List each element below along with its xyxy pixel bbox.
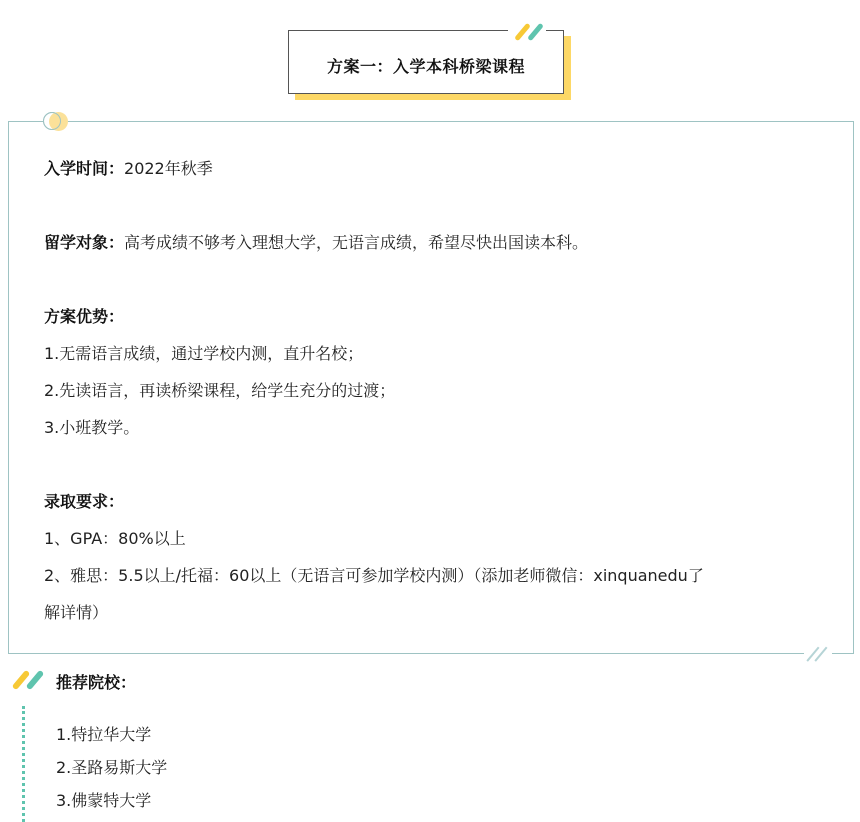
target-students-row: 留学对象：高考成绩不够考入理想大学，无语言成绩，希望尽快出国读本科。 xyxy=(44,224,834,261)
section-slash-decoration xyxy=(12,668,46,692)
enrollment-time-value: 2022年秋季 xyxy=(124,159,213,178)
enrollment-time-row: 入学时间：2022年秋季 xyxy=(44,150,834,187)
page-title: 方案一：入学本科桥梁课程 xyxy=(327,54,525,77)
requirement-item-continued: 解详情） xyxy=(44,594,834,631)
requirement-item: 2、雅思：5.5以上/托福：60以上（无语言可参加学校内测）（添加老师微信：xi… xyxy=(44,557,834,594)
school-list: 1.特拉华大学 2.圣路易斯大学 3.佛蒙特大学 xyxy=(56,718,167,817)
title-card: 方案一：入学本科桥梁课程 xyxy=(288,30,564,94)
advantages-heading: 方案优势： xyxy=(44,298,834,335)
plan-content: 入学时间：2022年秋季 留学对象：高考成绩不够考入理想大学，无语言成绩，希望尽… xyxy=(44,150,834,631)
requirement-item: 1、GPA：80%以上 xyxy=(44,520,834,557)
school-item: 1.特拉华大学 xyxy=(56,718,167,751)
advantage-item: 2.先读语言，再读桥梁课程，给学生充分的过渡； xyxy=(44,372,834,409)
target-students-label: 留学对象： xyxy=(44,233,124,252)
corner-slash-decoration xyxy=(804,645,832,663)
target-students-value: 高考成绩不够考入理想大学，无语言成绩，希望尽快出国读本科。 xyxy=(124,233,588,252)
requirements-heading: 录取要求： xyxy=(44,483,834,520)
circle-decoration-ring xyxy=(43,112,61,130)
dotted-divider xyxy=(22,706,25,822)
school-item: 3.佛蒙特大学 xyxy=(56,784,167,817)
enrollment-time-label: 入学时间： xyxy=(44,159,124,178)
school-item: 2.圣路易斯大学 xyxy=(56,751,167,784)
advantage-item: 3.小班教学。 xyxy=(44,409,834,446)
recommended-schools-heading: 推荐院校： xyxy=(56,670,136,693)
advantage-item: 1.无需语言成绩，通过学校内测，直升名校； xyxy=(44,335,834,372)
